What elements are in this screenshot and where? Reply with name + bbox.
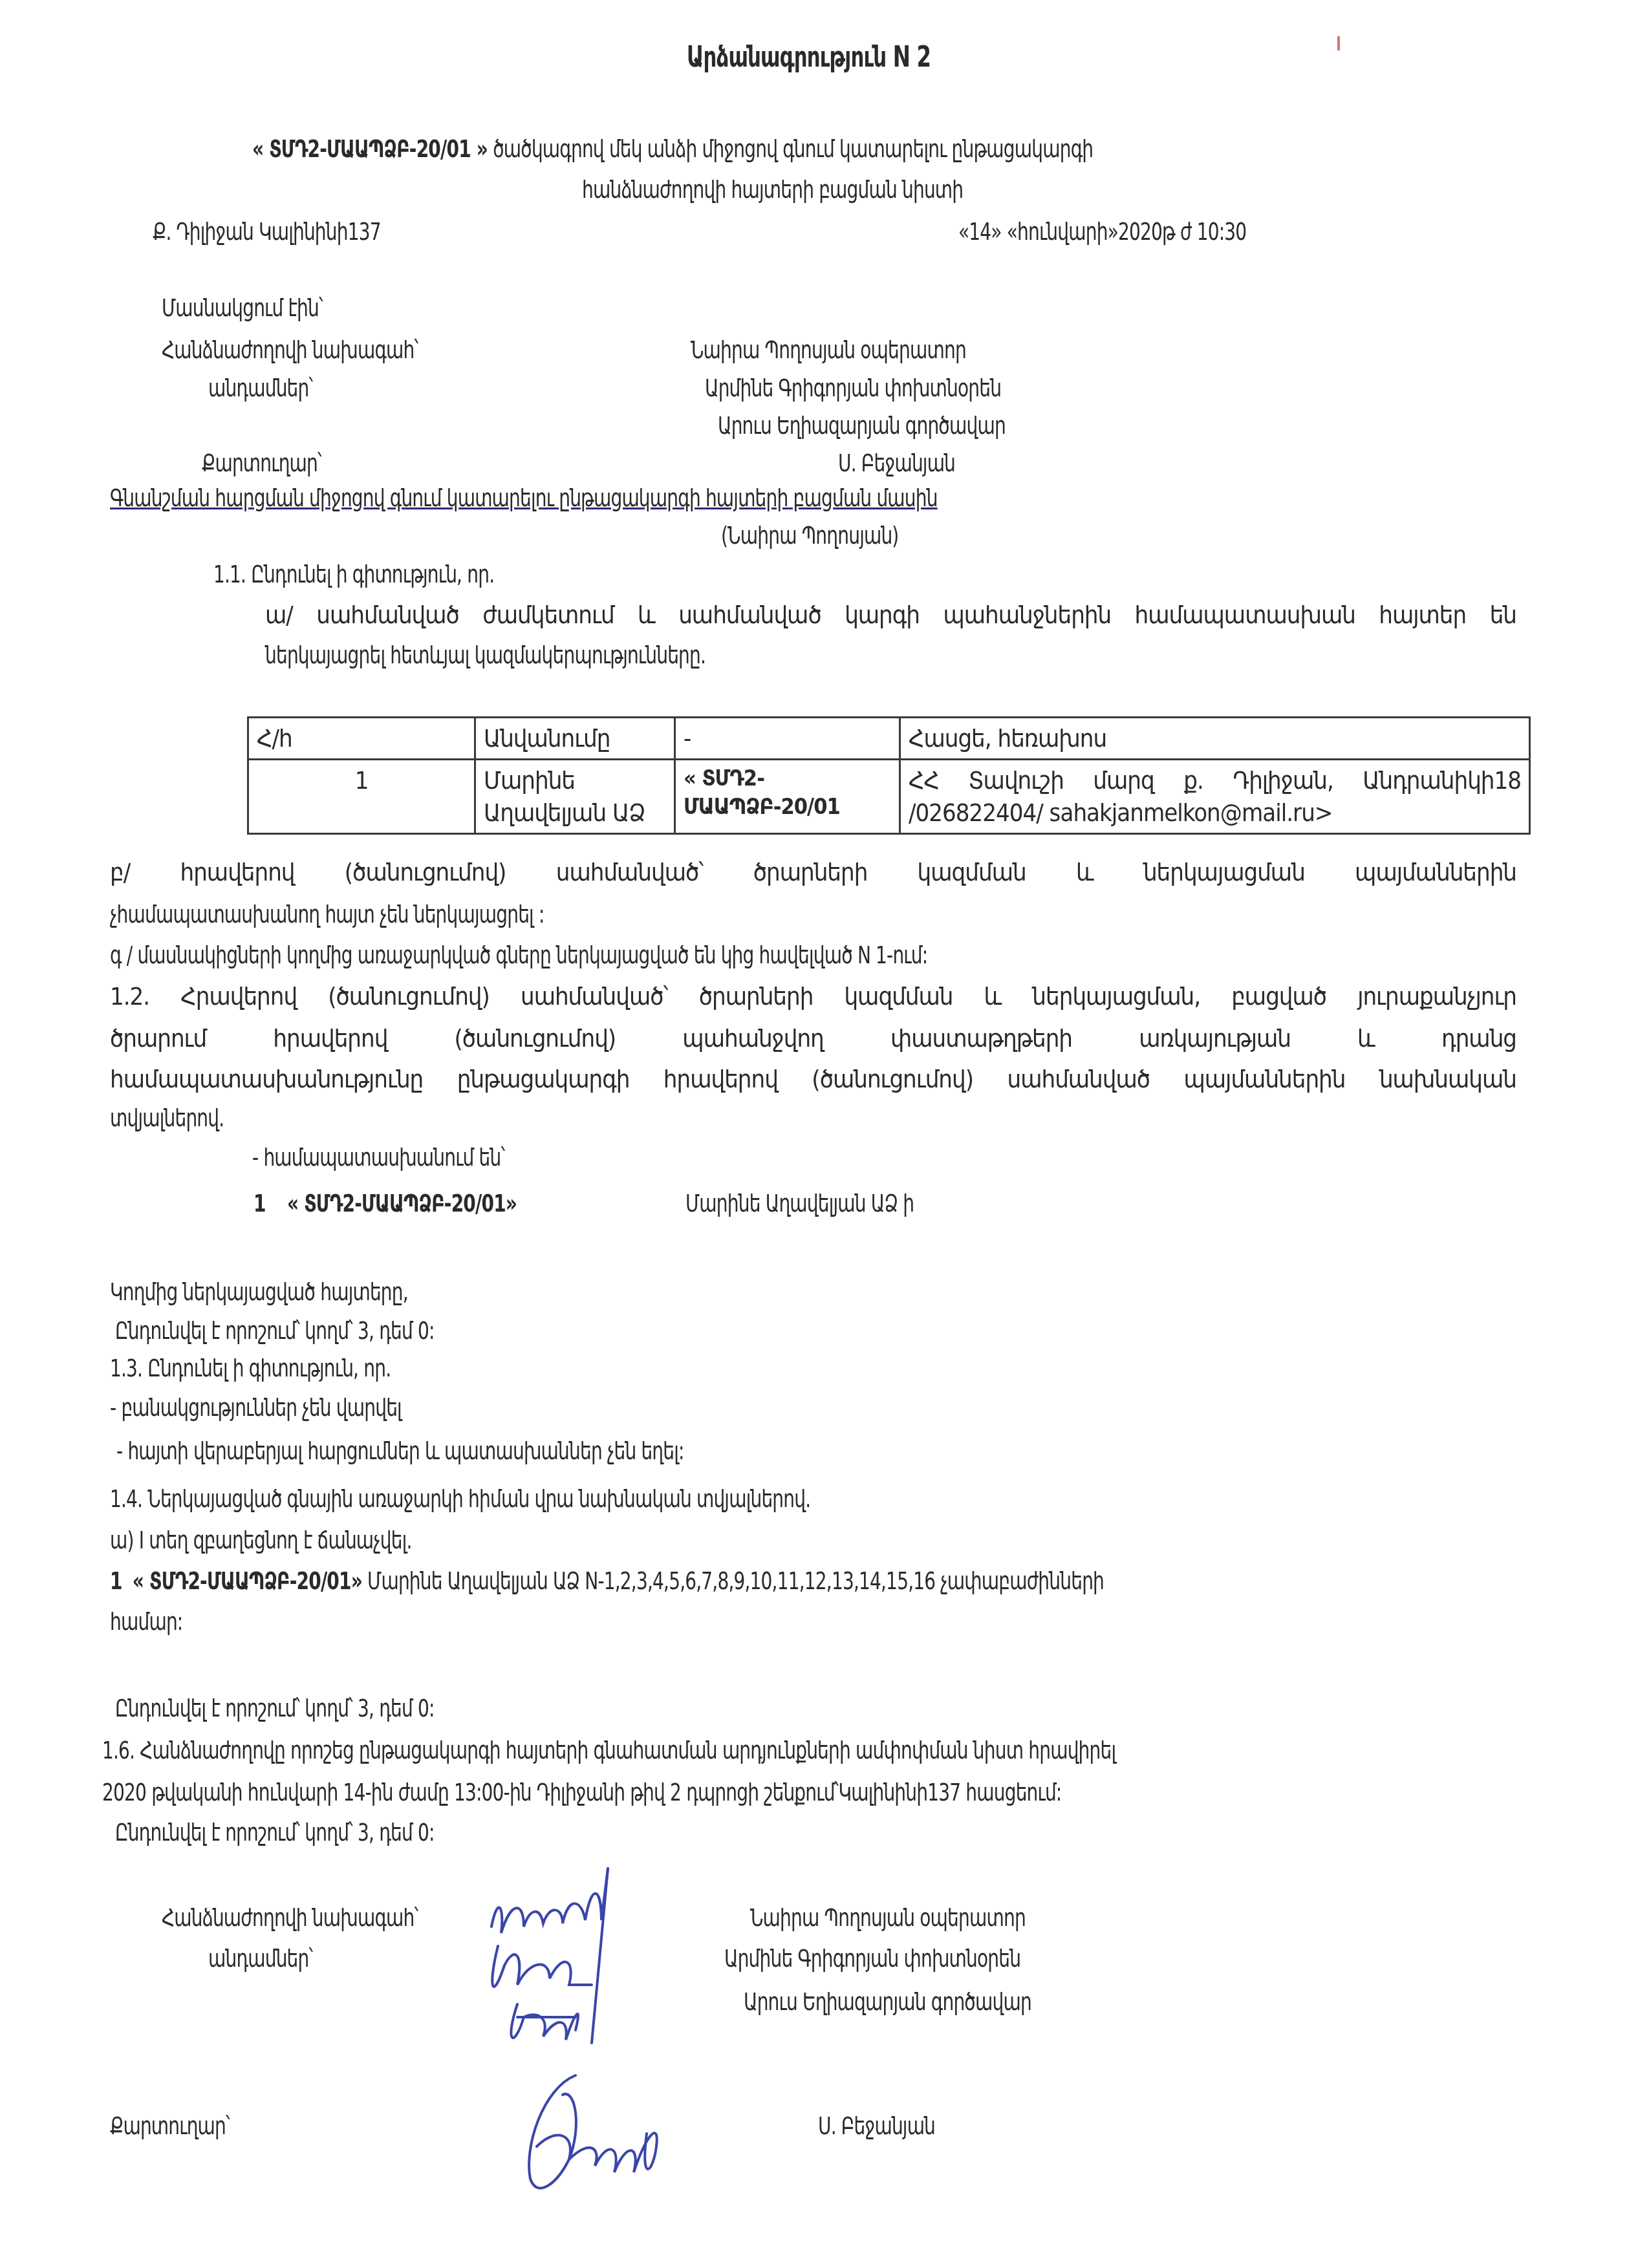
- secretary-name: Ս. Բեջանյան: [838, 448, 955, 478]
- sig-secretary-label: Քարտուղար՝: [110, 2111, 230, 2141]
- section-1-1-b-line1: բ/ հրավերով (ծանուցումով) սահմանված՝ ծրա…: [110, 857, 1516, 887]
- section-1-6-line2: 2020 թվականի հունվարի 14-ին ժամը 13:00-ի…: [102, 1777, 1061, 1807]
- sig-secretary-name: Ս. Բեջանյան: [818, 2111, 935, 2141]
- header-number: Հ/հ: [248, 718, 475, 760]
- section-1-6-line1: 1.6. Հանձնաժողովը որոշեց ընթացակարգի հայ…: [102, 1735, 1115, 1765]
- header-name: Անվանումը: [475, 718, 675, 760]
- winner-line: 1 « ՏՄԴ2-ՄԱԱՊՁԲ-20/01» Մարինե Աղավելյան …: [110, 1566, 1104, 1596]
- sig-member1: Արմինե Գրիգորյան փոխտնօրեն: [724, 1943, 1020, 1973]
- cell-code: « ՏՄԴ2-ՄԱԱՊՁԲ-20/01: [675, 760, 900, 834]
- cell-address: ՀՀ Տավուշի մարզ ք. Դիլիջան, Անդրանիկի18 …: [900, 760, 1530, 834]
- submitted-bids-line: Կողմից ներկայացված հայտերը,: [110, 1277, 408, 1307]
- section-1-1-heading: 1.1. Ընդունել ի գիտություն, որ.: [213, 559, 494, 589]
- sig-chair-name: Նաիրա Պողոսյան օպերատոր: [750, 1903, 1026, 1932]
- chair-name: Նաիրա Պողոսյան օպերատոր: [691, 335, 966, 365]
- section-1-4-heading: 1.4. Ներկայացված գնային առաջարկի հիման վ…: [110, 1484, 810, 1514]
- sig-member2: Արուս Եղիազարյան գործավար: [744, 1987, 1031, 2017]
- section-1-4-a: ա) I տեղ զբաղեցնող է ճանաչվել.: [110, 1525, 412, 1555]
- compliant-item-name: Մարինե Աղավելյան ԱՁ ի: [685, 1188, 914, 1218]
- compliant-item-code: « ՏՄԴ2-ՄԱԱՊՁԲ-20/01»: [287, 1188, 517, 1218]
- subtitle-line2: հանձնաժողովի հայտերի բացման նիստի: [582, 175, 963, 204]
- sig-members-label: անդամներ՝: [208, 1943, 312, 1973]
- section-1-1-c: գ / մասնակիցների կողմից առաջարկված գները…: [110, 940, 927, 970]
- signature-chair-members: [479, 1856, 673, 2049]
- winner-details: Մարինե Աղավելյան ԱՁ N-1,2,3,4,5,6,7,8,9,…: [362, 1567, 1104, 1595]
- winner-number: 1: [110, 1567, 122, 1595]
- compliant-item-number: 1: [253, 1188, 266, 1218]
- section-1-2-line2: ծրարում հրավերով (ծանուցումով) պահանջվող…: [110, 1023, 1516, 1053]
- winner-line2: համար:: [110, 1607, 182, 1636]
- cell-name: Մարինե Աղավելյան ԱՁ: [475, 760, 675, 834]
- secretary-label: Քարտուղար՝: [202, 448, 321, 478]
- meeting-place: Ք. Դիլիջան Կալինինի137: [153, 217, 381, 246]
- scan-speck: [1337, 36, 1340, 50]
- vote-result: Ընդունվել է որոշում՝ կողմ՝ 3, դեմ 0:: [115, 1316, 435, 1345]
- winner-code: « ՏՄԴ2-ՄԱԱՊՁԲ-20/01»: [133, 1567, 362, 1595]
- vote-result: Ընդունվել է որոշում՝ կողմ՝ 3, դեմ 0:: [115, 1817, 435, 1847]
- section-1-1-b-line2: չհամապատասխանող հայտ չեն ներկայացրել :: [110, 899, 544, 929]
- header-address: Հասցե, հեռախոս: [900, 718, 1530, 760]
- section-1-1-a-line1: ա/ սահմանված ժամկետում և սահմանված կարգի…: [265, 600, 1516, 630]
- compliant-heading: - համապատասխանում են՝: [252, 1142, 504, 1172]
- attendance-heading: Մասնակցում էին՝: [162, 293, 323, 323]
- section-1-3-line1: - բանակցություններ չեն վարվել: [110, 1393, 402, 1422]
- members-label: անդամներ՝: [208, 373, 312, 403]
- member-name: Արմինե Գրիգորյան փոխտնօրեն: [705, 373, 1001, 403]
- sig-chair-label: Հանձնաժողովի նախագահ՝: [162, 1903, 418, 1932]
- cell-number: 1: [248, 760, 475, 834]
- bids-table: Հ/հ Անվանումը - Հասցե, հեռախոս 1 Մարինե …: [247, 716, 1531, 835]
- section-1-3-heading: 1.3. Ընդունել ի գիտություն, որ.: [110, 1353, 391, 1383]
- agenda-speaker: (Նաիրա Պողոսյան): [721, 520, 898, 550]
- lot-code: « ՏՄԴ2-ՄԱԱՊՁԲ-20/01 »: [252, 134, 488, 163]
- section-1-2-line3: համապատասխանությունը ընթացակարգի հրավերո…: [110, 1064, 1516, 1094]
- document-title: Արձանագրություն N 2: [687, 43, 931, 72]
- section-1-3-line2: - հայտի վերաբերյալ հարցումներ և պատասխան…: [116, 1436, 684, 1466]
- member-name: Արուս Եղիազարյան գործավար: [718, 411, 1006, 440]
- subtitle-line1: « ՏՄԴ2-ՄԱԱՊՁԲ-20/01 » ծածկագրով մեկ անձի…: [252, 134, 1093, 164]
- vote-result: Ընդունվել է որոշում՝ կողմ՝ 3, դեմ 0:: [115, 1693, 435, 1723]
- table-header-row: Հ/հ Անվանումը - Հասցե, հեռախոս: [248, 718, 1530, 760]
- agenda-title: Գնանշման հարցման միջոցով գնում կատարելու…: [110, 483, 938, 513]
- chair-label: Հանձնաժողովի նախագահ՝: [162, 335, 418, 365]
- table-row: 1 Մարինե Աղավելյան ԱՁ « ՏՄԴ2-ՄԱԱՊՁԲ-20/0…: [248, 760, 1530, 834]
- section-1-1-a-line2: ներկայացրել հետևյալ կազմակերպությունները…: [265, 640, 706, 670]
- section-1-2-line4: տվյալներով.: [110, 1103, 224, 1133]
- section-1-2-line1: 1.2. Հրավերով (ծանուցումով) սահմանված՝ ծ…: [110, 981, 1516, 1011]
- header-code: -: [675, 718, 900, 760]
- meeting-datetime: «14» «հունվարի»2020թ ժ 10:30: [958, 217, 1246, 246]
- signature-secretary: [517, 2069, 685, 2198]
